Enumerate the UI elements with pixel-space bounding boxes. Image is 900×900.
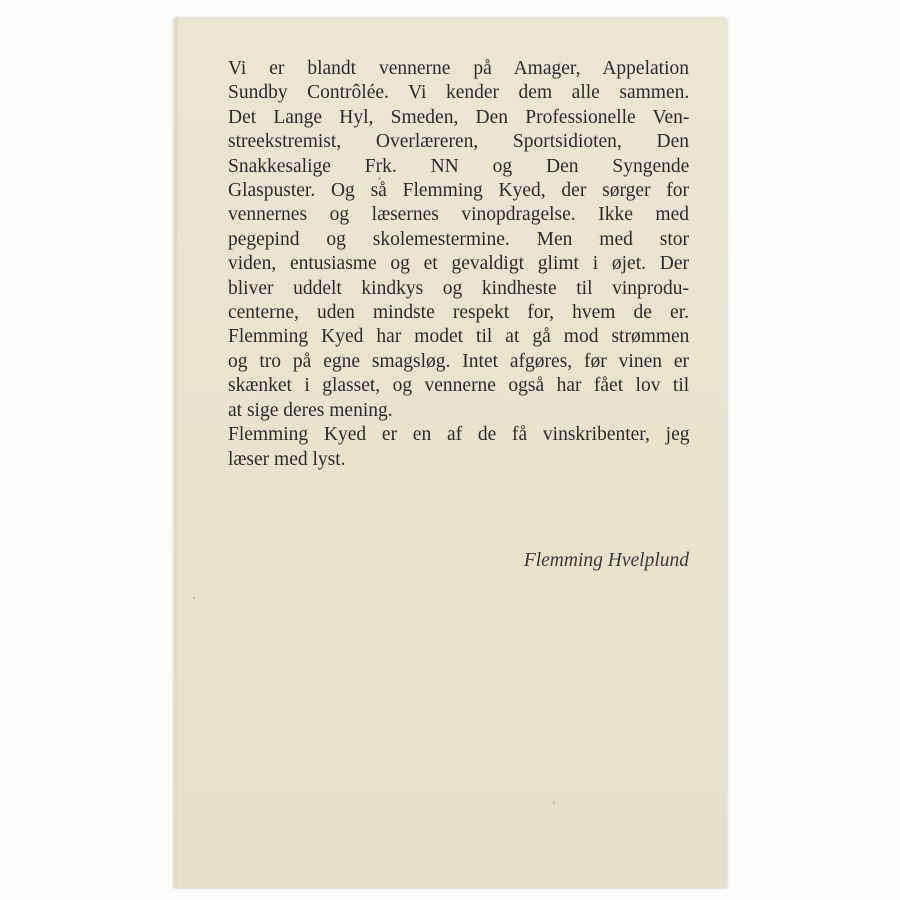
text-line: Vi er blandt vennerne på Amager, Appelat… <box>228 57 689 81</box>
text-line: Glaspuster. Og så Flemming Kyed, der sør… <box>228 179 689 203</box>
paper-speck <box>553 802 555 804</box>
scanned-page: Vi er blandt vennerne på Amager, Appelat… <box>0 0 900 900</box>
book-back-cover: Vi er blandt vennerne på Amager, Appelat… <box>173 17 727 888</box>
text-line: læser med lyst. <box>228 448 689 472</box>
paper-speck <box>193 597 195 599</box>
text-line: Flemming Kyed er en af de få vinskribent… <box>228 423 689 447</box>
text-line: skænket i glasset, og vennerne også har … <box>228 374 689 398</box>
text-line: pegepind og skolemestermine. Men med sto… <box>228 228 689 252</box>
text-line: Flemming Kyed har modet til at gå mod st… <box>228 325 689 349</box>
text-line: streekstremist, Overlæreren, Sportsidiot… <box>228 130 689 154</box>
text-line: Sundby Contrôlée. Vi kender dem alle sam… <box>228 81 689 105</box>
text-line: centerne, uden mindste respekt for, hvem… <box>228 301 689 325</box>
text-line: at sige deres mening. <box>228 399 689 423</box>
author-signature: Flemming Hvelplund <box>524 550 689 572</box>
paper-speck <box>378 177 381 180</box>
blurb-text: Vi er blandt vennerne på Amager, Appelat… <box>228 57 689 472</box>
text-line: Snakkesalige Frk. NN og Den Syngende <box>228 155 689 179</box>
text-line: og tro på egne smagsløg. Intet afgøres, … <box>228 350 689 374</box>
text-line: vennernes og læsernes vinopdragelse. Ikk… <box>228 203 689 227</box>
blurb-paragraph-1: Vi er blandt vennerne på Amager, Appelat… <box>228 57 689 423</box>
text-line: Det Lange Hyl, Smeden, Den Professionell… <box>228 106 689 130</box>
text-line: bliver uddelt kindkys og kindheste til v… <box>228 277 689 301</box>
text-line: viden, entusiasme og et gevaldigt glimt … <box>228 252 689 276</box>
blurb-paragraph-2: Flemming Kyed er en af de få vinskribent… <box>228 423 689 472</box>
